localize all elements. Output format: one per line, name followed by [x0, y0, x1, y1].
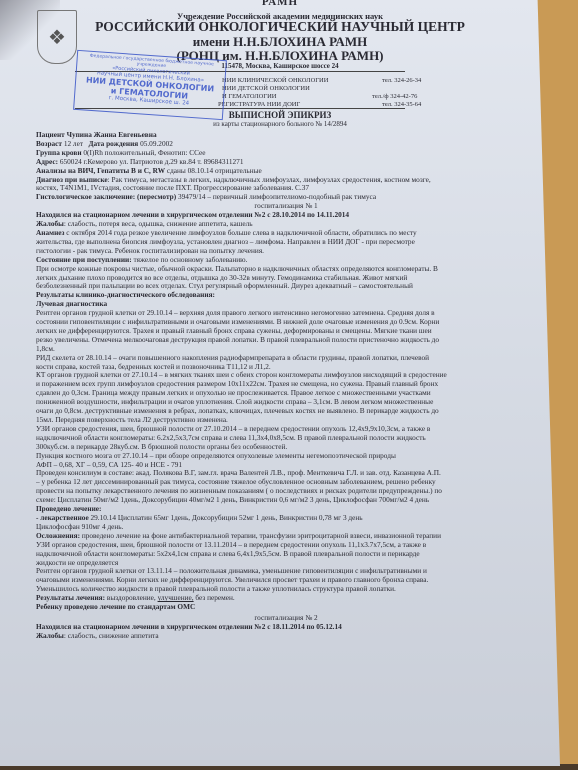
exam-line-3: безболезненный при пальпации во всех отд…: [36, 282, 536, 291]
followup-line: надключичной области конгломераты: 5х2х4…: [36, 550, 536, 559]
followup-line: Рентген органов грудной клетки от 13.11.…: [36, 567, 536, 576]
hospitalization-2-label: госпитализация № 2: [36, 614, 536, 623]
followup-line: жидкости не определяется: [36, 559, 536, 568]
exam-line-2: легких дыхание плохо проводится во все о…: [36, 274, 536, 283]
anamnesis-line-2: жительства, где выполнена биопсия лимфоу…: [36, 238, 536, 247]
patient-blood-line: Группа крови 0(I)Rh положительный, Фенот…: [36, 149, 536, 158]
radiology-line: легких не дифференцируются. Трахея и пра…: [36, 327, 536, 336]
followup-line: Уменьшилось количество жидкости в правой…: [36, 585, 536, 594]
treatment-heading: Проведено лечение:: [36, 505, 536, 514]
patient-age-line: Возраст 12 лет Дата рождения 05.09.2002: [36, 140, 536, 149]
radiology-line: – у ребенка 12 лет диссеминированный рак…: [36, 478, 536, 487]
treatment-line-2: Циклофосфан 910мг 4 день.: [36, 523, 536, 532]
followup-findings: УЗИ органов средостения, шеи, брюшной по…: [36, 541, 536, 594]
patient-address-line: Адрес: 650024 г.Кемерово ул. Патриотов д…: [36, 158, 536, 167]
radiology-line: АФП – 0,68, ХГ – 0,59, СА 125- 40 и НСЕ …: [36, 461, 536, 470]
header-top-fragment: РАМН: [0, 0, 560, 8]
dept-registry-phone: тел. 324-35-64: [382, 101, 421, 108]
histology-line: Гистологическое заключение: (пересмотр) …: [36, 193, 536, 202]
radiology-line: надключичной области конгломераты: 6.2х2…: [36, 434, 536, 443]
radiology-line: кости справа, костей таза, бедренных кос…: [36, 363, 536, 372]
complications-line: Осложнения: проведено лечение на фоне ан…: [36, 532, 536, 541]
radiology-line: очаги до 0,8см. деструктивные изменения …: [36, 407, 536, 416]
radiology-line: резко увеличены. Отмечена мелкоочаговая …: [36, 336, 536, 345]
patient-name-line: Пациент Чупина Жанна Евгеньевна: [36, 131, 536, 140]
hospitalization-2-stay: Находился на стационарном лечении в хиру…: [36, 623, 536, 632]
followup-line: очаговыми изменениями. Корни легких не д…: [36, 576, 536, 585]
dept-clinical-oncology-phone: тел. 324-26-34: [382, 77, 421, 84]
radiology-line: Пункция костного мозга от 27.10.14 – при…: [36, 452, 536, 461]
diagnosis-line-2: костях, T4N1M1, IVстадия, состояние посл…: [36, 184, 536, 193]
hospitalization-1-stay: Находился на стационарном лечении в хиру…: [36, 211, 536, 220]
radiology-line: КТ органов грудной клетки от 27.10.14 – …: [36, 371, 536, 380]
admission-line: Состояние при поступлении: тяжелое по ос…: [36, 256, 536, 265]
complaints-line: Жалобы: слабость, потеря веса, одышка, с…: [36, 220, 536, 229]
radiology-findings: Рентген органов грудной клетки от 29.10.…: [36, 309, 536, 505]
document-title: ВЫПИСНОЙ ЭПИКРИЗ: [0, 110, 560, 120]
radiology-line: пониженной воздушности, инфильтрации и о…: [36, 398, 536, 407]
radiology-line: сдавлен до 0,3см. Граница между правым л…: [36, 389, 536, 398]
hospitalization-1-label: госпитализация № 1: [36, 202, 536, 211]
outcome-line: Результаты лечения: выздоровление, улучш…: [36, 594, 536, 603]
dept-hematology: И ГЕМАТОЛОГИИ: [222, 93, 276, 100]
radiology-line: схеме: Цисплатин 50мг/м2 1день, Доксоруб…: [36, 496, 536, 505]
anamnesis-line-3: гистологии - рак тимуса. Ребенок госпита…: [36, 247, 536, 256]
exam-line-1: При осмотре кожные покровы чистые, обычн…: [36, 265, 536, 274]
diagnosis-line-1: Диагноз при выписке: Рак тимуса, метаста…: [36, 176, 536, 185]
radiology-line: УЗИ органов средостения, шеи, брюшной по…: [36, 425, 536, 434]
radiology-line: 1,8см.: [36, 345, 536, 354]
dept-registry: РЕГИСТРАТУРА НИИ ДОиГ: [218, 101, 300, 108]
anamnesis-line-1: Анамнез с октября 2014 года резкое увели…: [36, 229, 536, 238]
results-heading: Результаты клинико-диагностического обсл…: [36, 291, 536, 300]
outcome-selected: улучшение,: [158, 594, 194, 602]
followup-line: УЗИ органов средостения, шеи, брюшной по…: [36, 541, 536, 550]
radiology-line: и поражением всех групп лимфоузлов средо…: [36, 380, 536, 389]
treatment-line-1: - лекарственное 29.10.14 Цисплатин 65мг …: [36, 514, 536, 523]
radiology-heading: Лучевая диагностика: [36, 300, 536, 309]
radiology-line: состоянии гиповентиляции с инфильтративн…: [36, 318, 536, 327]
radiology-line: 300куб.см. в перикарде 28куб.см. В брюшн…: [36, 443, 536, 452]
dept-hematology-phone: тел./ф 324-42-76: [372, 93, 417, 100]
oms-line: Ребенку проведено лечение по стандартам …: [36, 603, 536, 612]
patient-info: Пациент Чупина Жанна Евгеньевна Возраст …: [36, 131, 536, 641]
center-name: РОССИЙСКИЙ ОНКОЛОГИЧЕСКИЙ НАУЧНЫЙ ЦЕНТР: [0, 19, 560, 35]
radiology-line: провести на попытку лекарственного лечен…: [36, 487, 536, 496]
dept-pediatric-oncology: НИИ ДЕТСКОЙ ОНКОЛОГИИ: [222, 85, 310, 92]
document-subtitle: из карты стационарного больного № 14/289…: [0, 120, 560, 128]
patient-tests-line: Анализы на ВИЧ, Гепатиты В и С, RW сданы…: [36, 167, 536, 176]
radiology-line: Проведен консилиум в составе: акад. Поля…: [36, 469, 536, 478]
radiology-line: 15мл. Передняя поверхность тела Л2 дестр…: [36, 416, 536, 425]
hospitalization-2-complaints: Жалобы: слабость, снижение аппетита: [36, 632, 536, 641]
dept-clinical-oncology: НИИ КЛИНИЧЕСКОЙ ОНКОЛОГИИ: [222, 77, 328, 84]
radiology-line: РИД скелета от 28.10.14 – очаги повышенн…: [36, 354, 536, 363]
radiology-line: Рентген органов грудной клетки от 29.10.…: [36, 309, 536, 318]
